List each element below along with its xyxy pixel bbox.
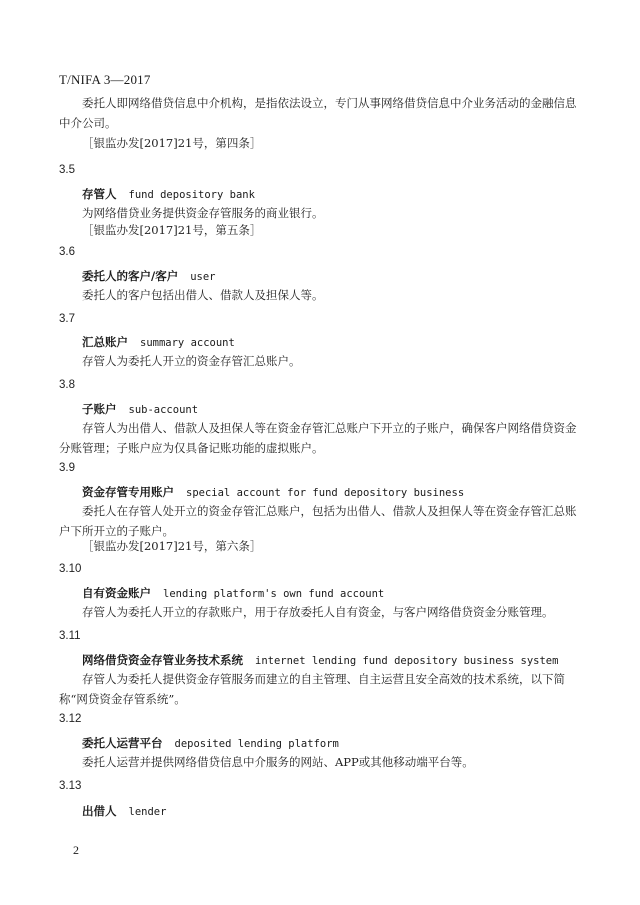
term-heading: 自有资金账户lending platform's own fund accoun… xyxy=(82,585,384,601)
term-english: lender xyxy=(129,806,167,818)
term-chinese: 资金存管专用账户 xyxy=(82,485,174,499)
clause-number: 3.5 xyxy=(59,164,75,176)
clause-number: 3.9 xyxy=(59,462,75,474)
term-chinese: 委托人运营平台 xyxy=(82,736,163,750)
document-code-header: T/NIFA 3—2017 xyxy=(59,72,151,88)
term-definition: 存管人为委托人开立的资金存管汇总账户。 xyxy=(59,351,579,371)
term-chinese: 子账户 xyxy=(82,402,117,416)
term-english: deposited lending platform xyxy=(175,738,339,750)
term-definition: 委托人的客户包括出借人、借款人及担保人等。 xyxy=(59,285,579,305)
term-definition: 存管人为出借人、借款人及担保人等在资金存管汇总账户下开立的子账户，确保客户网络借… xyxy=(59,418,579,458)
intro-reference: ［银监办发[2017]21号，第四条］ xyxy=(82,133,261,153)
intro-paragraph: 委托人即网络借贷信息中介机构，是指依法设立，专门从事网络借贷信息中介业务活动的金… xyxy=(59,93,579,133)
term-english: fund depository bank xyxy=(129,189,255,201)
term-english: sub-account xyxy=(129,404,199,416)
term-heading: 资金存管专用账户special account for fund deposit… xyxy=(82,484,464,500)
term-chinese: 自有资金账户 xyxy=(82,586,151,600)
clause-number: 3.7 xyxy=(59,313,75,325)
term-english: special account for fund depository busi… xyxy=(186,487,464,499)
term-definition: 委托人在存管人处开立的资金存管汇总账户，包括为出借人、借款人及担保人等在资金存管… xyxy=(59,501,579,541)
term-english: internet lending fund depository busines… xyxy=(255,655,558,667)
term-english: lending platform's own fund account xyxy=(163,588,384,600)
term-heading: 委托人运营平台deposited lending platform xyxy=(82,735,339,751)
term-definition: 存管人为委托人提供资金存管服务而建立的自主管理、自主运营且安全高效的技术系统，以… xyxy=(59,669,579,709)
term-reference: ［银监办发[2017]21号，第六条］ xyxy=(82,536,261,556)
term-definition: 委托人运营并提供网络借贷信息中介服务的网站、APP或其他移动端平台等。 xyxy=(59,752,579,772)
term-heading: 网络借贷资金存管业务技术系统internet lending fund depo… xyxy=(82,652,558,668)
term-chinese: 网络借贷资金存管业务技术系统 xyxy=(82,653,243,667)
term-english: summary account xyxy=(140,337,235,349)
page-number: 2 xyxy=(73,843,79,858)
clause-number: 3.6 xyxy=(59,246,75,258)
clause-number: 3.10 xyxy=(59,563,81,575)
term-english: user xyxy=(190,271,215,283)
term-heading: 子账户sub-account xyxy=(82,401,198,417)
term-heading: 存管人fund depository bank xyxy=(82,186,255,202)
term-chinese: 汇总账户 xyxy=(82,335,128,349)
term-reference: ［银监办发[2017]21号，第五条］ xyxy=(82,220,261,240)
clause-number: 3.12 xyxy=(59,713,81,725)
clause-number: 3.11 xyxy=(59,630,81,642)
term-chinese: 存管人 xyxy=(82,187,117,201)
term-definition: 存管人为委托人开立的存款账户，用于存放委托人自有资金，与客户网络借贷资金分账管理… xyxy=(59,602,579,622)
document-page: T/NIFA 3—2017 委托人即网络借贷信息中介机构，是指依法设立，专门从事… xyxy=(0,0,640,905)
term-chinese: 委托人的客户/客户 xyxy=(82,269,178,283)
clause-number: 3.13 xyxy=(59,780,81,792)
term-heading: 汇总账户summary account xyxy=(82,334,235,350)
clause-number: 3.8 xyxy=(59,379,75,391)
term-heading: 出借人lender xyxy=(82,803,166,819)
term-chinese: 出借人 xyxy=(82,804,117,818)
term-heading: 委托人的客户/客户user xyxy=(82,268,216,284)
